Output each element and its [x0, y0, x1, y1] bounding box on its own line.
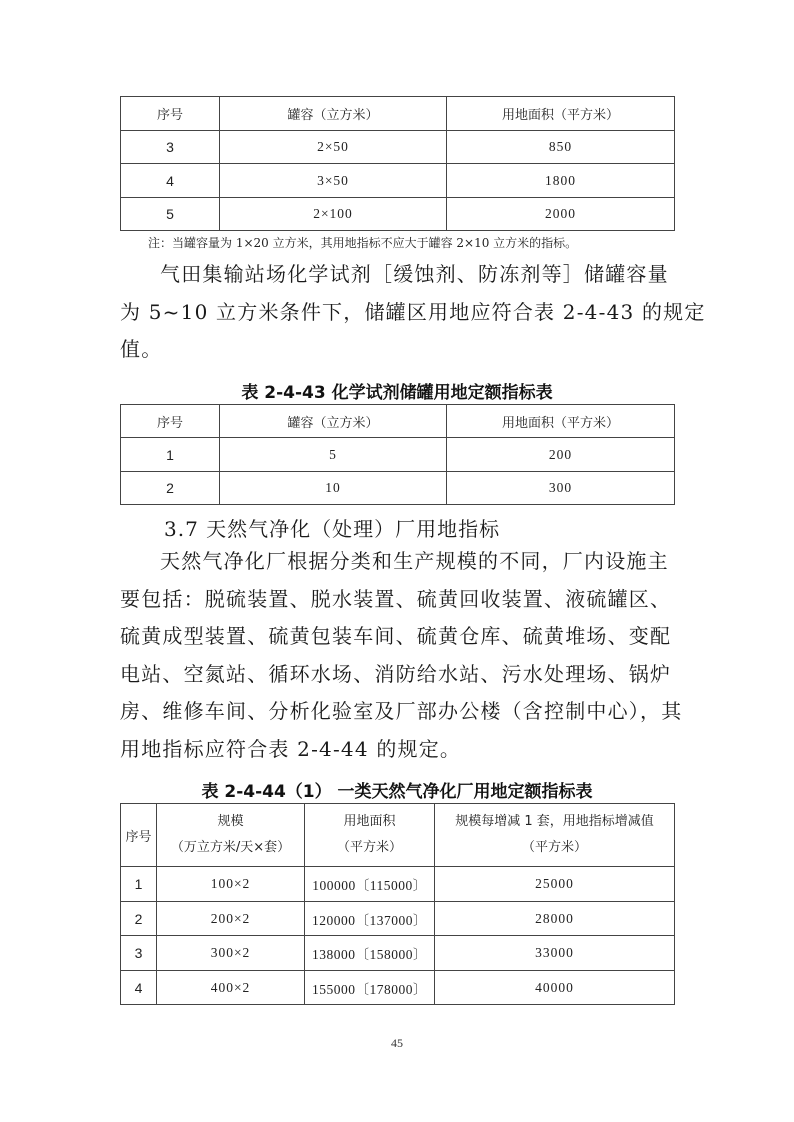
- header-scale: 规模 （万立方米/天×套）: [157, 804, 305, 867]
- table-2-4-43: 序号 罐容（立方米） 用地面积（平方米） 1 5 200 2 10 300: [120, 404, 675, 505]
- paragraph-line: 用地指标应符合表 2-4-44 的规定。: [120, 731, 676, 769]
- cell-area: 120000〔137000〕: [305, 902, 435, 936]
- section-heading-3-7: 3.7 天然气净化（处理）厂用地指标: [164, 513, 500, 542]
- header-area: 用地面积 （平方米）: [305, 804, 435, 867]
- cell-area: 1800: [447, 164, 675, 198]
- cell-no: 1: [121, 867, 157, 902]
- cell-capacity: 2×50: [220, 131, 447, 164]
- cell-area: 850: [447, 131, 675, 164]
- cell-capacity: 3×50: [220, 164, 447, 198]
- cell-capacity: 10: [220, 472, 447, 505]
- document-page: 序号 罐容（立方米） 用地面积（平方米） 3 2×50 850 4 3×50 1…: [0, 0, 794, 1122]
- table-note: 注：当罐容量为 1×20 立方米，其用地指标不应大于罐容 2×10 立方米的指标…: [148, 234, 577, 251]
- cell-scale: 300×2: [157, 936, 305, 971]
- cell-scale: 200×2: [157, 902, 305, 936]
- cell-scale: 100×2: [157, 867, 305, 902]
- cell-increment: 40000: [435, 971, 675, 1005]
- header-no: 序号: [121, 97, 220, 131]
- header-area-line1: 用地面积: [305, 809, 434, 835]
- header-increment-line2: （平方米）: [435, 835, 674, 861]
- table-header-row: 序号 罐容（立方米） 用地面积（平方米）: [121, 97, 675, 131]
- cell-area: 2000: [447, 198, 675, 231]
- cell-no: 2: [121, 472, 220, 505]
- header-area: 用地面积（平方米）: [447, 405, 675, 438]
- table-caption-2-4-43: 表 2-4-43 化学试剂储罐用地定额指标表: [0, 378, 794, 403]
- paragraph-line: 硫黄成型装置、硫黄包装车间、硫黄仓库、硫黄堆场、变配: [120, 618, 676, 656]
- header-scale-line1: 规模: [157, 809, 304, 835]
- cell-no: 4: [121, 164, 220, 198]
- paragraph-line: 要包括：脱硫装置、脱水装置、硫黄回收装置、液硫罐区、: [120, 581, 676, 619]
- paragraph-chemical-reagent: 气田集输站场化学试剂［缓蚀剂、防冻剂等］储罐容量 为 5~10 立方米条件下，储…: [120, 256, 676, 369]
- cell-area: 200: [447, 438, 675, 472]
- header-no: 序号: [121, 804, 157, 867]
- page-number: 45: [0, 1036, 794, 1051]
- cell-area: 138000〔158000〕: [305, 936, 435, 971]
- paragraph-line: 为 5~10 立方米条件下，储罐区用地应符合表 2-4-43 的规定: [120, 294, 676, 332]
- cell-no: 3: [121, 131, 220, 164]
- paragraph-line: 气田集输站场化学试剂［缓蚀剂、防冻剂等］储罐容量: [120, 256, 676, 294]
- table-2-4-44-1: 序号 规模 （万立方米/天×套） 用地面积 （平方米） 规模每增减 1 套，用地…: [120, 803, 675, 1005]
- cell-no: 3: [121, 936, 157, 971]
- header-increment-line1: 规模每增减 1 套，用地指标增减值: [435, 809, 674, 835]
- header-scale-line2: （万立方米/天×套）: [157, 835, 304, 861]
- table-row: 2 10 300: [121, 472, 675, 505]
- table-header-row: 序号 罐容（立方米） 用地面积（平方米）: [121, 405, 675, 438]
- header-capacity: 罐容（立方米）: [220, 97, 447, 131]
- cell-scale: 400×2: [157, 971, 305, 1005]
- cell-area: 300: [447, 472, 675, 505]
- cell-no: 2: [121, 902, 157, 936]
- table-caption-2-4-44-1: 表 2-4-44（1） 一类天然气净化厂用地定额指标表: [0, 777, 794, 802]
- cell-capacity: 2×100: [220, 198, 447, 231]
- header-capacity: 罐容（立方米）: [220, 405, 447, 438]
- cell-increment: 25000: [435, 867, 675, 902]
- header-area: 用地面积（平方米）: [447, 97, 675, 131]
- cell-increment: 33000: [435, 936, 675, 971]
- header-area-line2: （平方米）: [305, 835, 434, 861]
- paragraph-line: 天然气净化厂根据分类和生产规模的不同，厂内设施主: [120, 543, 676, 581]
- cell-capacity: 5: [220, 438, 447, 472]
- table-row: 5 2×100 2000: [121, 198, 675, 231]
- table-row: 4 3×50 1800: [121, 164, 675, 198]
- table-row: 1 5 200: [121, 438, 675, 472]
- cell-no: 5: [121, 198, 220, 231]
- cell-no: 1: [121, 438, 220, 472]
- paragraph-line: 值。: [120, 331, 676, 369]
- table-row: 2 200×2 120000〔137000〕 28000: [121, 902, 675, 936]
- cell-no: 4: [121, 971, 157, 1005]
- table-row: 3 2×50 850: [121, 131, 675, 164]
- paragraph-purification-plant: 天然气净化厂根据分类和生产规模的不同，厂内设施主 要包括：脱硫装置、脱水装置、硫…: [120, 543, 676, 768]
- table-tank-land-continued: 序号 罐容（立方米） 用地面积（平方米） 3 2×50 850 4 3×50 1…: [120, 96, 675, 231]
- header-no: 序号: [121, 405, 220, 438]
- table-row: 1 100×2 100000〔115000〕 25000: [121, 867, 675, 902]
- cell-increment: 28000: [435, 902, 675, 936]
- header-increment: 规模每增减 1 套，用地指标增减值 （平方米）: [435, 804, 675, 867]
- paragraph-line: 电站、空氮站、循环水场、消防给水站、污水处理场、锅炉: [120, 656, 676, 694]
- table-header-row: 序号 规模 （万立方米/天×套） 用地面积 （平方米） 规模每增减 1 套，用地…: [121, 804, 675, 867]
- table-row: 3 300×2 138000〔158000〕 33000: [121, 936, 675, 971]
- paragraph-line: 房、维修车间、分析化验室及厂部办公楼（含控制中心），其: [120, 693, 676, 731]
- cell-area: 100000〔115000〕: [305, 867, 435, 902]
- table-row: 4 400×2 155000〔178000〕 40000: [121, 971, 675, 1005]
- cell-area: 155000〔178000〕: [305, 971, 435, 1005]
